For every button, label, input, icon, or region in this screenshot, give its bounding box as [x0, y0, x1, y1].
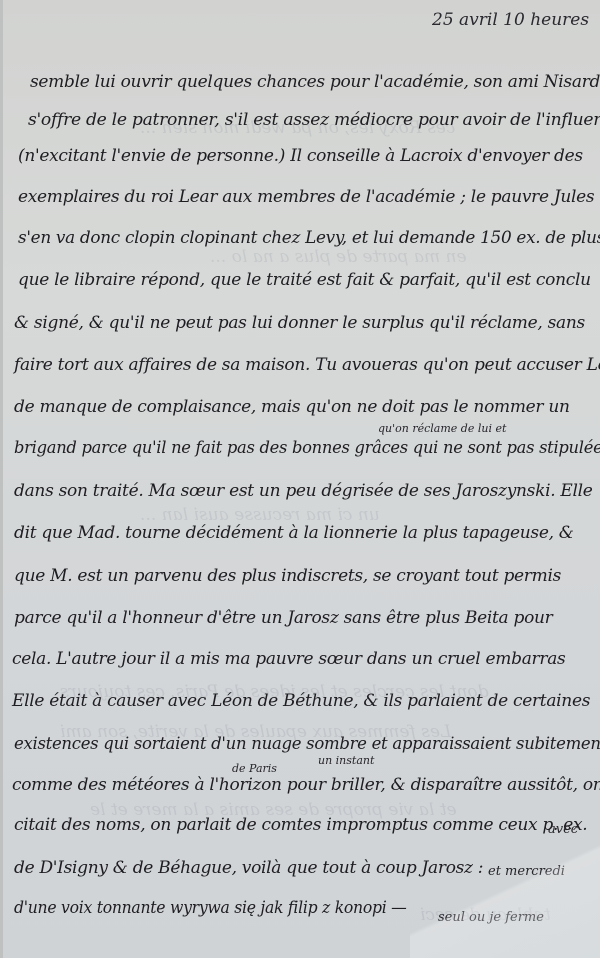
text-line-4: exemplaires du roi Lear aux membres de l…: [18, 187, 594, 207]
interlinear-insertion: qu'on réclame de lui et: [378, 422, 506, 435]
bleed-through-text: en ma parte de plus a na lo ...: [210, 247, 467, 267]
text-line-16: Elle était à causer avec Léon de Béthune…: [12, 691, 590, 711]
text-line-1: semble lui ouvrir quelques chances pour …: [30, 72, 600, 92]
manuscript-page: ces Roxy les, on pa wedi mon sien ... en…: [0, 0, 600, 958]
text-line-2: s'offre de le patronner, s'il est assez …: [28, 110, 600, 130]
text-line-12: dit que Mad. tourne décidément à la lion…: [14, 523, 574, 543]
text-line-14: parce qu'il a l'honneur d'être un Jarosz…: [14, 608, 553, 628]
paper-edge: [0, 0, 3, 958]
paper-fold-corner: [410, 828, 600, 958]
text-line-17: existences qui sortaient d'un nuage somb…: [14, 734, 600, 754]
text-line-15: cela. L'autre jour il a mis ma pauvre sœ…: [12, 649, 565, 669]
text-line-13: que M. est un parvenu des plus indiscret…: [14, 566, 561, 586]
text-line-18: comme des météores à l'horizon pour bril…: [12, 775, 600, 795]
text-line-3: (n'excitant l'envie de personne.) Il con…: [18, 146, 583, 166]
interlinear-insertion: un instant: [318, 754, 374, 767]
bleed-through-text: un ci ma recusse ausi lan ...: [140, 505, 380, 525]
text-line-11: dans son traité. Ma sœur est un peu dégr…: [14, 481, 593, 501]
text-line-21: d'une voix tonnante wyrywa się jak filip…: [14, 898, 407, 918]
text-line-6: que le libraire répond, que le traité es…: [18, 270, 591, 290]
date-header: 25 avril 10 heures: [432, 10, 589, 30]
text-line-9: de manque de complaisance, mais qu'on ne…: [14, 397, 570, 417]
text-line-7: & signé, & qu'il ne peut pas lui donner …: [14, 313, 585, 333]
text-line-10: brigand parce qu'il ne fait pas des bonn…: [14, 438, 600, 458]
interlinear-insertion: de Paris: [232, 762, 277, 775]
text-line-8: faire tort aux affaires de sa maison. Tu…: [14, 355, 600, 375]
text-line-5: s'en va donc clopin clopinant chez Levy,…: [18, 228, 600, 248]
